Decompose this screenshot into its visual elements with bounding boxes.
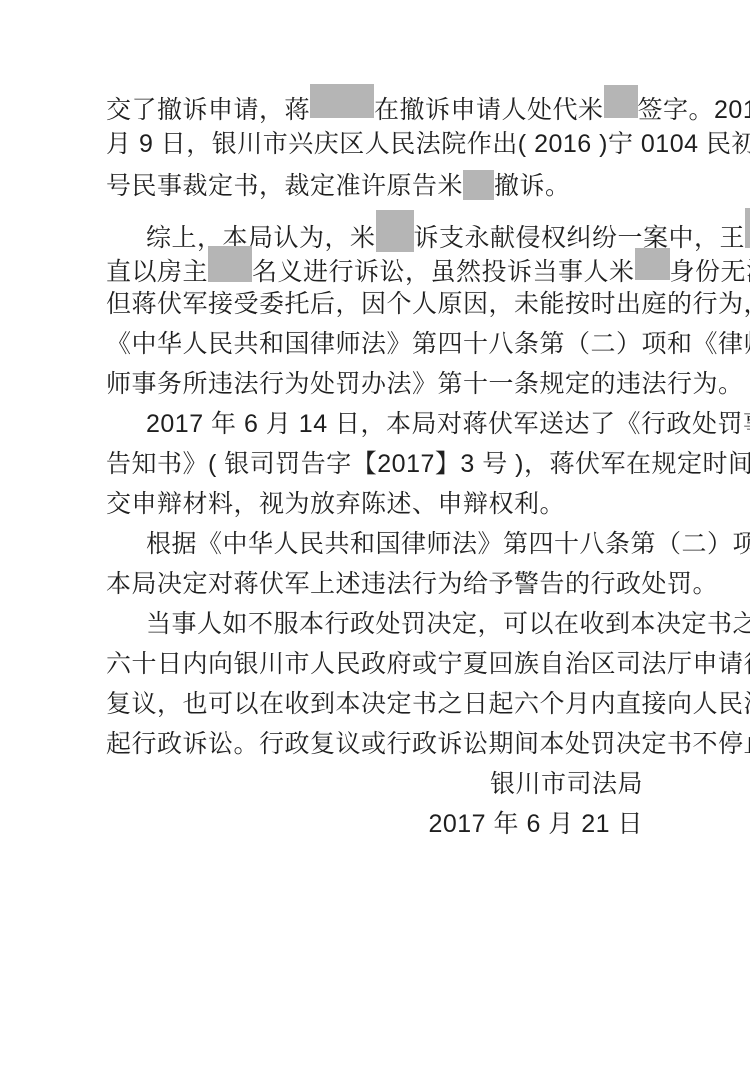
text-line: 2017 年 6 月 14 日，本局对蒋伏军送达了《行政处罚事先 (106, 404, 643, 444)
text-line: 直以房主名义进行诉讼，虽然投诉当事人米身份无法认定， (106, 244, 643, 284)
issue-date: 2017 年 6 月 21 日 (106, 804, 643, 844)
text-run: 2017 年 6 月 21 日 (428, 810, 643, 838)
text-run: 当事人如不服本行政处罚决定，可以在收到本决定书之日起 (146, 610, 750, 638)
document-page: 交了撤诉申请，蒋在撤诉申请人处代米签字。2016 年 12月 9 日，银川市兴庆… (0, 0, 750, 1066)
text-run: 告知书》( 银司罚告字【2017】3 号 )，蒋伏军在规定时间内未提 (106, 450, 750, 478)
text-line: 交了撤诉申请，蒋在撤诉申请人处代米签字。2016 年 12 (106, 84, 643, 124)
redaction-box (604, 85, 638, 118)
text-run: 根据《中华人民共和国律师法》第四十八条第（二）项规定， (146, 530, 750, 558)
text-run: 撤诉。 (494, 172, 571, 200)
redaction-box (208, 246, 252, 282)
text-line: 号民事裁定书，裁定准许原告米撤诉。 (106, 164, 643, 204)
text-run: 师事务所违法行为处罚办法》第十一条规定的违法行为。 (106, 370, 744, 398)
text-run: 月 9 日，银川市兴庆区人民法院作出( 2016 )宁 0104 民初 9323 (106, 130, 750, 158)
text-line: 综上，本局认为，米诉支永献侵权纠纷一案中，王一 (106, 204, 643, 244)
redaction-box (635, 248, 670, 280)
issuing-authority: 银川市司法局 (106, 764, 643, 804)
redaction-box (745, 208, 750, 248)
text-run: 名义进行诉讼，虽然投诉当事人米 (252, 258, 635, 286)
text-run: 交了撤诉申请，蒋 (106, 96, 310, 124)
text-run: 银川市司法局 (490, 770, 643, 798)
text-run: 直以房主 (106, 258, 208, 286)
text-run: 2017 年 6 月 14 日，本局对蒋伏军送达了《行政处罚事先 (146, 410, 750, 438)
document-body: 交了撤诉申请，蒋在撤诉申请人处代米签字。2016 年 12月 9 日，银川市兴庆… (106, 84, 643, 844)
text-line: 师事务所违法行为处罚办法》第十一条规定的违法行为。 (106, 364, 643, 404)
text-run: 交申辩材料，视为放弃陈述、申辩权利。 (106, 490, 565, 518)
text-line: 当事人如不服本行政处罚决定，可以在收到本决定书之日起 (106, 604, 643, 644)
redaction-box (310, 84, 374, 118)
redaction-box (376, 210, 414, 252)
text-line: 本局决定对蒋伏军上述违法行为给予警告的行政处罚。 (106, 564, 643, 604)
redaction-box (463, 170, 494, 200)
text-line: 交申辩材料，视为放弃陈述、申辩权利。 (106, 484, 643, 524)
text-line: 月 9 日，银川市兴庆区人民法院作出( 2016 )宁 0104 民初 9323 (106, 124, 643, 164)
text-run: 签字。2016 年 12 (638, 96, 750, 124)
text-run: 六十日内向银川市人民政府或宁夏回族自治区司法厅申请行政 (106, 650, 750, 678)
text-run: 身份无法认定， (670, 258, 750, 286)
text-run: 在撤诉申请人处代米 (374, 96, 604, 124)
text-line: 复议，也可以在收到本决定书之日起六个月内直接向人民法院提 (106, 684, 643, 724)
text-line: 六十日内向银川市人民政府或宁夏回族自治区司法厅申请行政 (106, 644, 643, 684)
text-line: 但蒋伏军接受委托后，因个人原因，未能按时出庭的行为，属于 (106, 284, 643, 324)
text-run: 复议，也可以在收到本决定书之日起六个月内直接向人民法院提 (106, 690, 750, 718)
text-line: 告知书》( 银司罚告字【2017】3 号 )，蒋伏军在规定时间内未提 (106, 444, 643, 484)
text-run: 《中华人民共和国律师法》第四十八条第（二）项和《律师和律 (106, 330, 750, 358)
text-line: 起行政诉讼。行政复议或行政诉讼期间本处罚决定书不停止执行。 (106, 724, 643, 764)
text-line: 根据《中华人民共和国律师法》第四十八条第（二）项规定， (106, 524, 643, 564)
text-run: 号民事裁定书，裁定准许原告米 (106, 172, 463, 200)
text-line: 《中华人民共和国律师法》第四十八条第（二）项和《律师和律 (106, 324, 643, 364)
text-run: 但蒋伏军接受委托后，因个人原因，未能按时出庭的行为，属于 (106, 290, 750, 318)
text-run: 本局决定对蒋伏军上述违法行为给予警告的行政处罚。 (106, 570, 718, 598)
text-run: 起行政诉讼。行政复议或行政诉讼期间本处罚决定书不停止执行。 (106, 730, 750, 758)
